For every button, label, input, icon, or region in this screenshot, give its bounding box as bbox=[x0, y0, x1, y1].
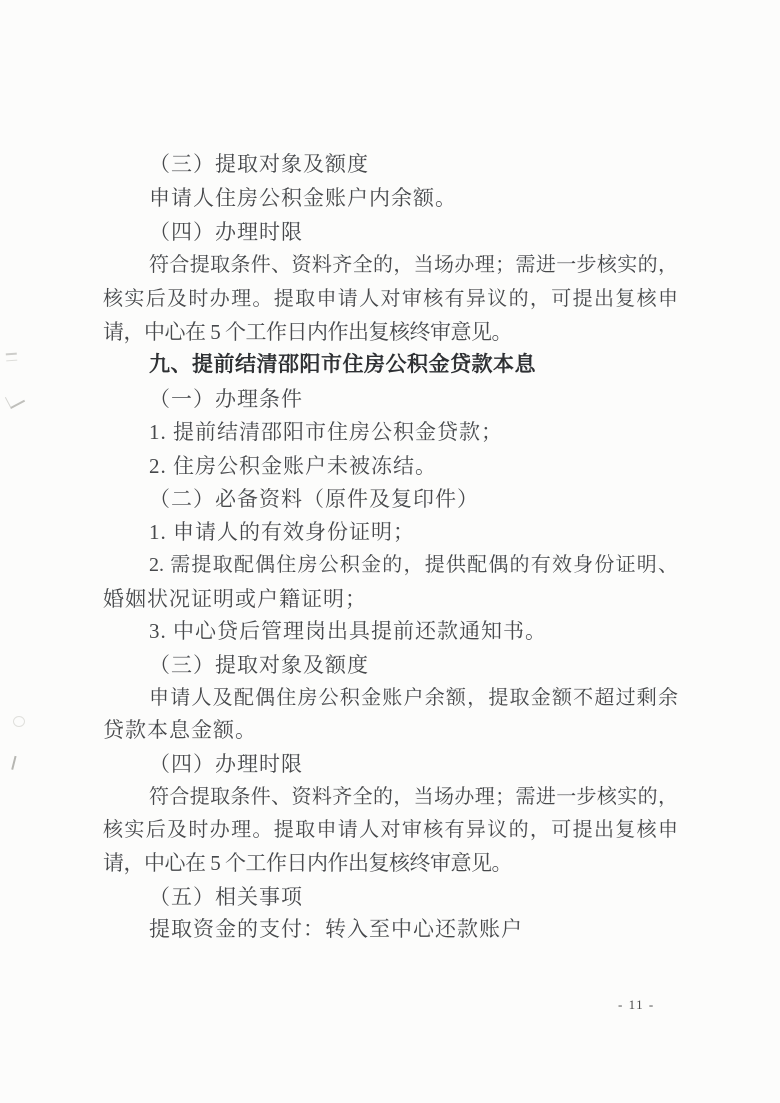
page-number: - 11 - bbox=[618, 997, 655, 1013]
scan-artifact bbox=[5, 390, 25, 409]
document-page: （三）提取对象及额度 申请人住房公积金账户内余额。 （四）办理时限 符合提取条件… bbox=[0, 0, 780, 1103]
doc-line: 核实后及时办理。提取申请人对审核有异议的，可提出复核申 bbox=[103, 815, 678, 845]
doc-list-item: 1. 提前结清邵阳市住房公积金贷款； bbox=[103, 417, 678, 447]
scan-artifact bbox=[6, 353, 18, 362]
doc-list-item: 2. 住房公积金账户未被冻结。 bbox=[103, 451, 678, 481]
doc-line: 请，中心在 5 个工作日内作出复核终审意见。 bbox=[103, 848, 678, 878]
section-heading: 九、提前结清邵阳市住房公积金贷款本息 bbox=[103, 350, 678, 380]
doc-line: 符合提取条件、资料齐全的，当场办理；需进一步核实的， bbox=[103, 250, 678, 280]
doc-line-subheading: （四）办理时限 bbox=[103, 217, 678, 247]
doc-list-item: 1. 申请人的有效身份证明； bbox=[103, 517, 678, 547]
doc-line: 贷款本息金额。 bbox=[103, 715, 678, 745]
doc-line: 请，中心在 5 个工作日内作出复核终审意见。 bbox=[103, 317, 678, 347]
scan-artifact bbox=[4, 754, 16, 770]
doc-list-item: 2. 需提取配偶住房公积金的，提供配偶的有效身份证明、 bbox=[103, 550, 678, 580]
doc-line: 申请人住房公积金账户内余额。 bbox=[103, 183, 678, 213]
doc-line-subheading: （三）提取对象及额度 bbox=[103, 650, 678, 680]
doc-line-subheading: （三）提取对象及额度 bbox=[103, 149, 678, 179]
scan-artifact bbox=[13, 716, 25, 727]
doc-line-subheading: （一）办理条件 bbox=[103, 384, 678, 414]
doc-line-subheading: （二）必备资料（原件及复印件） bbox=[103, 484, 678, 514]
doc-line-subheading: （四）办理时限 bbox=[103, 749, 678, 779]
doc-list-item: 3. 中心贷后管理岗出具提前还款通知书。 bbox=[103, 616, 678, 646]
doc-line: 符合提取条件、资料齐全的，当场办理；需进一步核实的， bbox=[103, 782, 678, 812]
doc-line: 婚姻状况证明或户籍证明； bbox=[103, 584, 678, 614]
doc-line: 核实后及时办理。提取申请人对审核有异议的，可提出复核申 bbox=[103, 284, 678, 314]
doc-line-subheading: （五）相关事项 bbox=[103, 882, 678, 912]
doc-line: 提取资金的支付：转入至中心还款账户 bbox=[103, 914, 678, 944]
doc-line: 申请人及配偶住房公积金账户余额，提取金额不超过剩余 bbox=[103, 683, 678, 713]
